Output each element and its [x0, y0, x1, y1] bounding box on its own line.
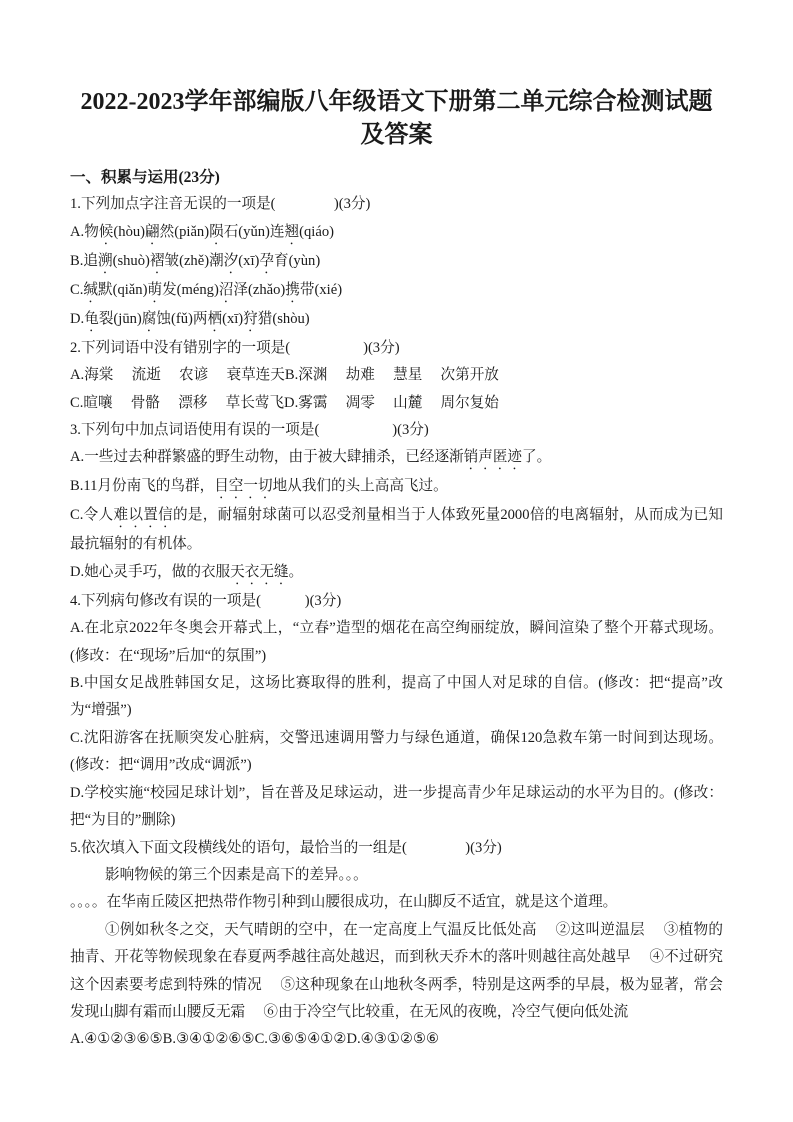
emphasized-text: 难以置信 [113, 507, 173, 523]
text-segment: 带(xié) [300, 282, 342, 298]
question-2-stem: 2.下列词语中没有错别字的一项是( )(3分) [70, 335, 723, 362]
text-segment: 3.下列句中加点词语使用有误的一项是( )(3分) [70, 422, 429, 438]
text-segment: 蚀(fǔ)两 [156, 311, 207, 327]
text-segment: D.她心灵手巧，做的衣服 [70, 564, 230, 580]
question-1-option-b: B.追溯(shuò)褶皱(zhě)潮汐(xī)孕育(yùn) [70, 248, 723, 277]
text-segment: 了。 [522, 449, 551, 465]
emphasized-text: 翘 [285, 224, 300, 240]
question-3-option-d: D.她心灵手巧，做的衣服天衣无缝。 [70, 559, 723, 588]
text-segment: C.暄嚷 骨骼 漂移 草长莺飞D.雾霭 凋零 山麓 周尔复始 [70, 395, 499, 411]
text-segment: C.令人 [70, 507, 113, 523]
text-segment: 地从我们的头上高高飞过。 [273, 478, 448, 494]
emphasized-text: 沼 [219, 282, 234, 298]
question-5-choices: A.④①②③⑥⑤B.③④①②⑥⑤C.③⑥⑤④①②D.④③①②⑤⑥ [70, 1026, 723, 1053]
question-3-option-c: C.令人难以置信的是，耐辐射球菌可以忍受剂量相当于人体致死量2000倍的电离辐射… [70, 502, 723, 558]
text-segment: (hòu) [113, 224, 145, 240]
emphasized-text: 栖 [207, 311, 222, 327]
text-segment: (shuò) [113, 253, 150, 269]
question-2-options-ab: A.海棠 流逝 农谚 衰草连天B.深渊 劫难 慧星 次第开放 [70, 362, 723, 389]
emphasized-text: 陨 [209, 224, 224, 240]
emphasized-text: 腐 [142, 311, 157, 327]
text-segment: 育(yùn) [274, 253, 320, 269]
emphasized-text: 孕 [259, 253, 274, 269]
document-blocks: 1.下列加点字注音无误的一项是( )(3分)A.物候(hòu)翩然(piǎn)陨… [70, 191, 723, 1053]
question-5-sentences: ①例如秋冬之交，天气晴朗的空中，在一定高度上气温反比低处高 ②这叫逆温层 ③植物… [70, 917, 723, 1027]
text-segment: 。。。。在华南丘陵区把热带作物引种到山腰很成功，在山脚反不适宜，就是这个道理。 [70, 894, 617, 910]
text-segment: D. [70, 311, 84, 327]
question-5-intro-2: 。。。。在华南丘陵区把热带作物引种到山腰很成功，在山脚反不适宜，就是这个道理。 [70, 889, 723, 916]
emphasized-text: 汐 [224, 253, 239, 269]
question-3-stem: 3.下列句中加点词语使用有误的一项是( )(3分) [70, 417, 723, 444]
text-segment: A.物 [70, 224, 99, 240]
text-segment: 默(qiǎn) [98, 282, 147, 298]
emphasized-text: 销声匿迹 [464, 449, 522, 465]
page-title: 2022-2023学年部编版八年级语文下册第二单元综合检测试题及答案 [70, 86, 723, 152]
text-segment: D.学校实施“校园足球计划”，旨在普及足球运动，进一步提高青少年足球运动的水平为… [70, 785, 723, 828]
text-segment: 2.下列词语中没有错别字的一项是( )(3分) [70, 340, 400, 356]
question-1-option-c: C.缄默(qiǎn)萌发(méng)沼泽(zhǎo)携带(xié) [70, 277, 723, 306]
emphasized-text: 携 [285, 282, 300, 298]
text-segment: 影响物候的第三个因素是高下的差异。。。 [105, 867, 368, 883]
text-segment: A.在北京2022年冬奥会开幕式上，“立春”造型的烟花在高空绚丽绽放，瞬间渲染了… [70, 620, 723, 663]
text-segment: B.追 [70, 253, 98, 269]
text-segment: 然(piǎn) [160, 224, 209, 240]
emphasized-text: 翩 [145, 224, 160, 240]
question-1-option-d: D.龟裂(jūn)腐蚀(fǔ)两栖(xī)狩猎(shòu) [70, 306, 723, 335]
text-segment: A.一些过去种群繁盛的野生动物，由于被大肆捕杀，已经逐渐 [70, 449, 464, 465]
text-segment: B.11月份南飞的鸟群， [70, 478, 214, 494]
emphasized-text: 龟 [84, 311, 99, 327]
emphasized-text: 溯 [98, 253, 113, 269]
text-segment: 皱(zhě)潮 [165, 253, 224, 269]
text-segment: (xī) [238, 253, 259, 269]
question-4-option-c: C.沈阳游客在抚顺突发心脏病，交警迅速调用警力与绿色通道，确保120急救车第一时… [70, 725, 723, 780]
text-segment: 1.下列加点字注音无误的一项是( )(3分) [70, 196, 370, 212]
question-2-options-cd: C.暄嚷 骨骼 漂移 草长莺飞D.雾霭 凋零 山麓 周尔复始 [70, 390, 723, 417]
question-4-option-a: A.在北京2022年冬奥会开幕式上，“立春”造型的烟花在高空绚丽绽放，瞬间渲染了… [70, 615, 723, 670]
text-segment: C.沈阳游客在抚顺突发心脏病，交警迅速调用警力与绿色通道，确保120急救车第一时… [70, 730, 723, 773]
document-page: 2022-2023学年部编版八年级语文下册第二单元综合检测试题及答案 一、积累与… [0, 0, 793, 1122]
text-segment: B.中国女足战胜韩国女足，这场比赛取得的胜利，提高了中国人对足球的自信。(修改：… [70, 675, 723, 718]
text-segment: A.④①②③⑥⑤B.③④①②⑥⑤C.③⑥⑤④①②D.④③①②⑤⑥ [70, 1031, 439, 1047]
text-segment: 发(méng) [162, 282, 219, 298]
text-segment: (qiáo) [299, 224, 334, 240]
question-5-stem: 5.依次填入下面文段横线处的语句，最恰当的一组是( )(3分) [70, 835, 723, 862]
emphasized-text: 狩 [243, 311, 258, 327]
section-heading: 一、积累与运用(23分) [70, 164, 723, 191]
text-segment: ①例如秋冬之交，天气晴朗的空中，在一定高度上气温反比低处高 ②这叫逆温层 ③植物… [70, 922, 723, 1020]
emphasized-text: 萌 [147, 282, 162, 298]
text-segment: 石(yǔn)连 [224, 224, 285, 240]
emphasized-text: 候 [99, 224, 114, 240]
question-4-option-b: B.中国女足战胜韩国女足，这场比赛取得的胜利，提高了中国人对足球的自信。(修改：… [70, 670, 723, 725]
text-segment: 。 [289, 564, 304, 580]
text-segment: 4.下列病句修改有误的一项是( )(3分) [70, 593, 341, 609]
emphasized-text: 目空一切 [214, 478, 272, 494]
emphasized-text: 褶 [150, 253, 165, 269]
text-segment: (xī) [222, 311, 243, 327]
question-1-option-a: A.物候(hòu)翩然(piǎn)陨石(yǔn)连翘(qiáo) [70, 219, 723, 248]
question-4-option-d: D.学校实施“校园足球计划”，旨在普及足球运动，进一步提高青少年足球运动的水平为… [70, 780, 723, 835]
question-4-stem: 4.下列病句修改有误的一项是( )(3分) [70, 588, 723, 615]
text-segment: 5.依次填入下面文段横线处的语句，最恰当的一组是( )(3分) [70, 840, 502, 856]
question-3-option-b: B.11月份南飞的鸟群，目空一切地从我们的头上高高飞过。 [70, 473, 723, 502]
text-segment: A.海棠 流逝 农谚 衰草连天B.深渊 劫难 慧星 次第开放 [70, 367, 499, 383]
emphasized-text: 缄 [83, 282, 98, 298]
question-1-stem: 1.下列加点字注音无误的一项是( )(3分) [70, 191, 723, 218]
emphasized-text: 天衣无缝 [230, 564, 288, 580]
text-segment: 猎(shòu) [258, 311, 310, 327]
question-3-option-a: A.一些过去种群繁盛的野生动物，由于被大肆捕杀，已经逐渐销声匿迹了。 [70, 444, 723, 473]
text-segment: 裂(jūn) [99, 311, 142, 327]
question-5-intro-1: 影响物候的第三个因素是高下的差异。。。 [70, 862, 723, 889]
text-segment: 泽(zhǎo) [233, 282, 285, 298]
text-segment: C. [70, 282, 83, 298]
